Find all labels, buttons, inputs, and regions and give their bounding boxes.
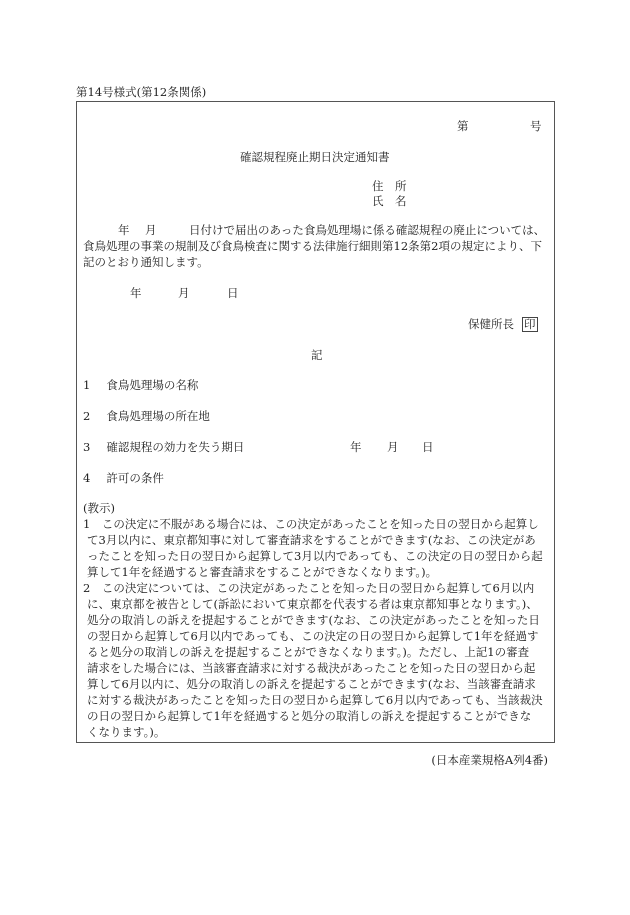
instruction-1-line: ったことを知った日の翌日から起算して3月以内であっても、この決定の日の翌日から起	[87, 548, 543, 564]
intro-year: 年	[118, 222, 130, 238]
intro-month: 月	[145, 222, 157, 238]
item-3-day: 日	[422, 439, 434, 455]
doc-number-go: 号	[530, 118, 542, 134]
item-2: 2食鳥処理場の所在地	[83, 408, 210, 424]
instruction-1-line: て3月以内に、東京都知事に対して審査請求をすることができます(なお、この決定があ	[87, 532, 536, 548]
item-label: 確認規程の効力を失う期日	[90, 440, 244, 454]
form-number: 第14号様式(第12条関係)	[76, 84, 206, 100]
instruction-heading: (教示)	[83, 500, 115, 516]
address-label: 住 所	[372, 178, 407, 194]
instruction-1-line: 1 この決定に不服がある場合には、この決定があったことを知った日の翌日から起算し	[83, 516, 539, 532]
instruction-2-line: ると処分の取消しの訴えを提起することができなくなります。)。ただし、上記1の審査	[87, 644, 529, 660]
ki-heading: 記	[311, 347, 323, 363]
issue-month: 月	[178, 285, 190, 301]
item-label: 食鳥処理場の所在地	[90, 409, 210, 423]
item-3-year: 年	[350, 439, 362, 455]
paper-size-note: (日本産業規格A列4番)	[431, 752, 548, 768]
item-4: 4許可の条件	[83, 470, 164, 486]
instruction-2-line: に対する裁決があったことを知った日の翌日から起算して6月以内であっても、当該裁決	[87, 692, 543, 708]
instruction-2-line: 請求をした場合には、当該審査請求に対する裁決があったことを知った日の翌日から起	[87, 660, 535, 676]
item-3-month: 月	[387, 439, 399, 455]
instruction-2-line: に、東京都を被告として(訴訟において東京都を代表する者は東京都知事となります。)…	[87, 596, 538, 612]
instruction-2-line: 2 この決定については、この決定があったことを知った日の翌日から起算して6月以内	[83, 580, 534, 596]
instruction-2-line: 算して6月以内に、処分の取消しの訴えを提起することができます(なお、当該審査請求	[87, 676, 536, 692]
instruction-2-line: の日の翌日から起算して1年を経過すると処分の取消しの訴えを提起することができな	[87, 708, 531, 724]
issue-year: 年	[130, 285, 142, 301]
instruction-2-line: の翌日から起算して6月以内であっても、この決定の日の翌日から起算して1年を経過す	[87, 628, 539, 644]
item-label: 許可の条件	[90, 471, 164, 485]
instruction-2-line: 処分の取消しの訴えを提起することができます(なお、この決定があったことを知った日	[87, 612, 540, 628]
issuer: 保健所長印	[468, 316, 538, 332]
instruction-1-line: 算して1年を経過すると審査請求をすることができなくなります。)。	[87, 564, 437, 580]
instruction-2-line: くなります。)。	[87, 724, 165, 740]
issue-day: 日	[227, 285, 239, 301]
seal-mark: 印	[522, 317, 538, 332]
item-1: 1食鳥処理場の名称	[83, 377, 198, 393]
issuer-title: 保健所長	[468, 317, 514, 331]
intro-line3: 記のとおり通知します。	[83, 254, 209, 270]
intro-line2: 食鳥処理の事業の規制及び食鳥検査に関する法律施行細則第12条第2項の規定により、…	[83, 238, 542, 254]
doc-number-dai: 第	[457, 118, 469, 134]
name-label: 氏 名	[372, 193, 407, 209]
document-title: 確認規程廃止期日決定通知書	[240, 149, 390, 165]
item-3: 3確認規程の効力を失う期日	[83, 439, 244, 455]
intro-line1: 日付けで届出のあった食鳥処理場に係る確認規程の廃止については、	[189, 222, 545, 238]
item-label: 食鳥処理場の名称	[90, 378, 198, 392]
